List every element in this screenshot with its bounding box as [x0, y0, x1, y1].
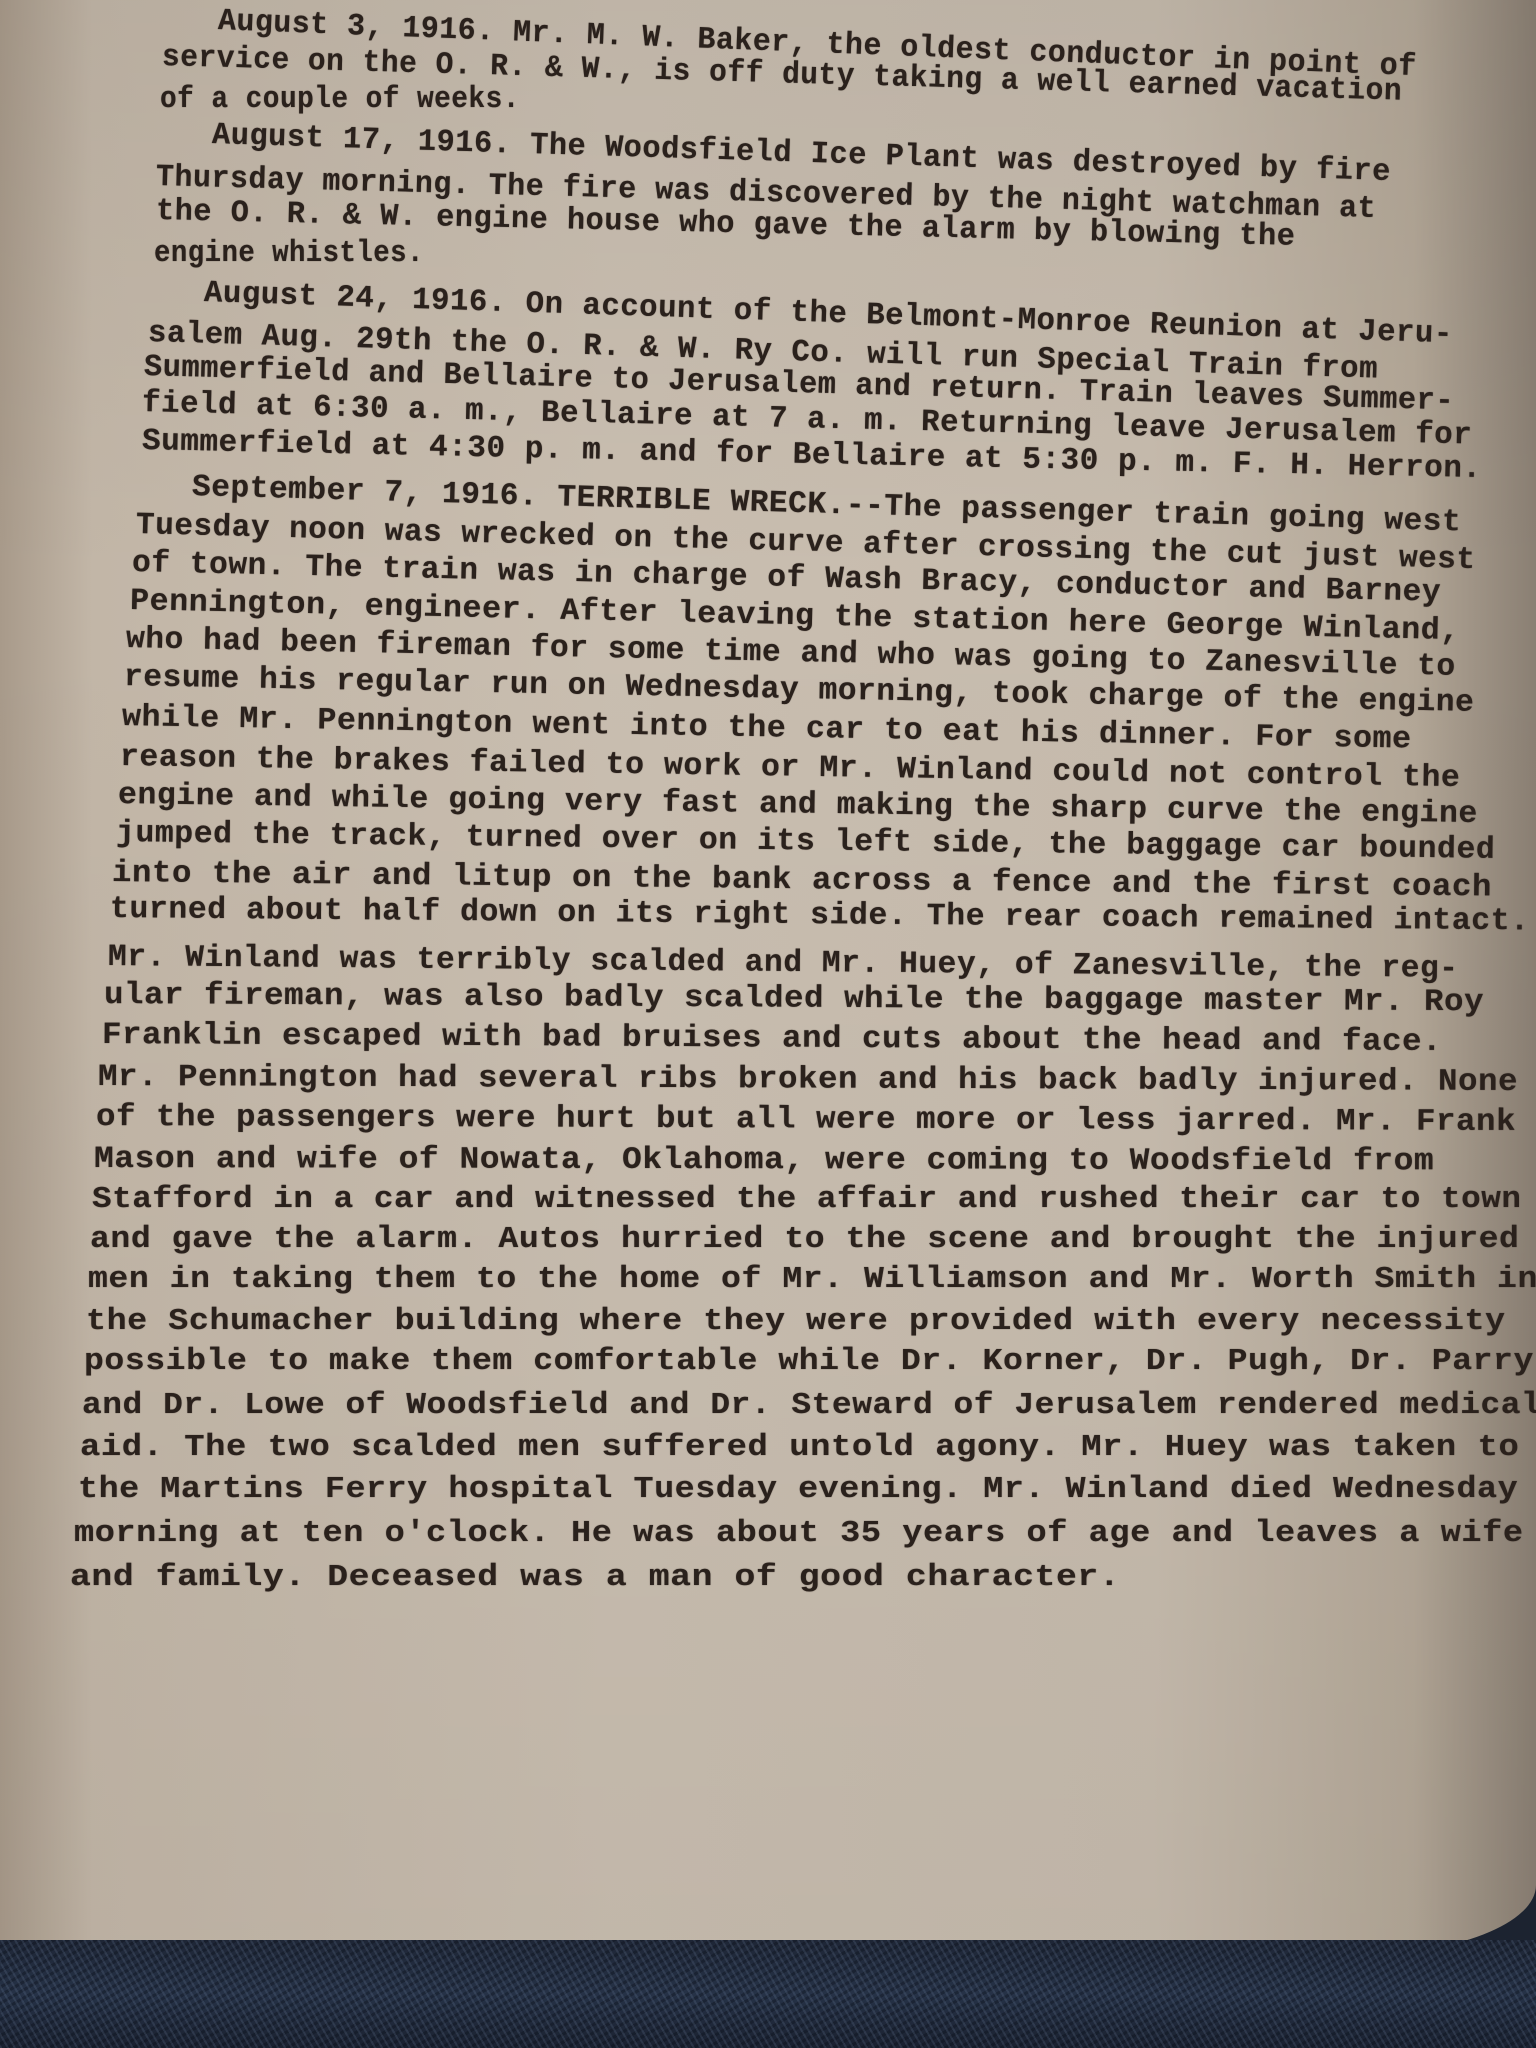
- entry-september-7-line: of the passengers were hurt but all were…: [96, 1100, 1516, 1140]
- entry-september-7-line: and family. Deceased was a man of good c…: [70, 1560, 1120, 1595]
- entry-september-7-line: the Schumacher building where they were …: [86, 1304, 1506, 1339]
- entry-september-7-line: morning at ten o'clock. He was about 35 …: [74, 1516, 1524, 1551]
- denim-background: [0, 1940, 1536, 2048]
- entry-august-3-line: of a couple of weeks.: [160, 82, 520, 117]
- entry-august-17-line: engine whistles.: [154, 236, 424, 271]
- entry-september-7-line: ular fireman, was also badly scalded whi…: [104, 978, 1484, 1020]
- entry-september-7-line: the Martins Ferry hospital Tuesday eveni…: [78, 1472, 1518, 1507]
- entry-september-7-line: and gave the alarm. Autos hurried to the…: [90, 1222, 1519, 1257]
- entry-september-7-line: Stafford in a car and witnessed the affa…: [92, 1182, 1522, 1217]
- entry-september-7-line: and Dr. Lowe of Woodsfield and Dr. Stewa…: [82, 1388, 1536, 1423]
- entry-september-7-line: possible to make them comfortable while …: [84, 1344, 1534, 1379]
- entry-september-7-line: aid. The two scalded men suffered untold…: [80, 1430, 1519, 1465]
- entry-september-7-line: Franklin escaped with bad bruises and cu…: [102, 1018, 1442, 1060]
- entry-september-7-line: Mr. Pennington had several ribs broken a…: [98, 1060, 1518, 1100]
- entry-september-7-line: men in taking them to the home of Mr. Wi…: [88, 1262, 1536, 1297]
- entry-september-7-line: Mason and wife of Nowata, Oklahoma, were…: [94, 1142, 1434, 1179]
